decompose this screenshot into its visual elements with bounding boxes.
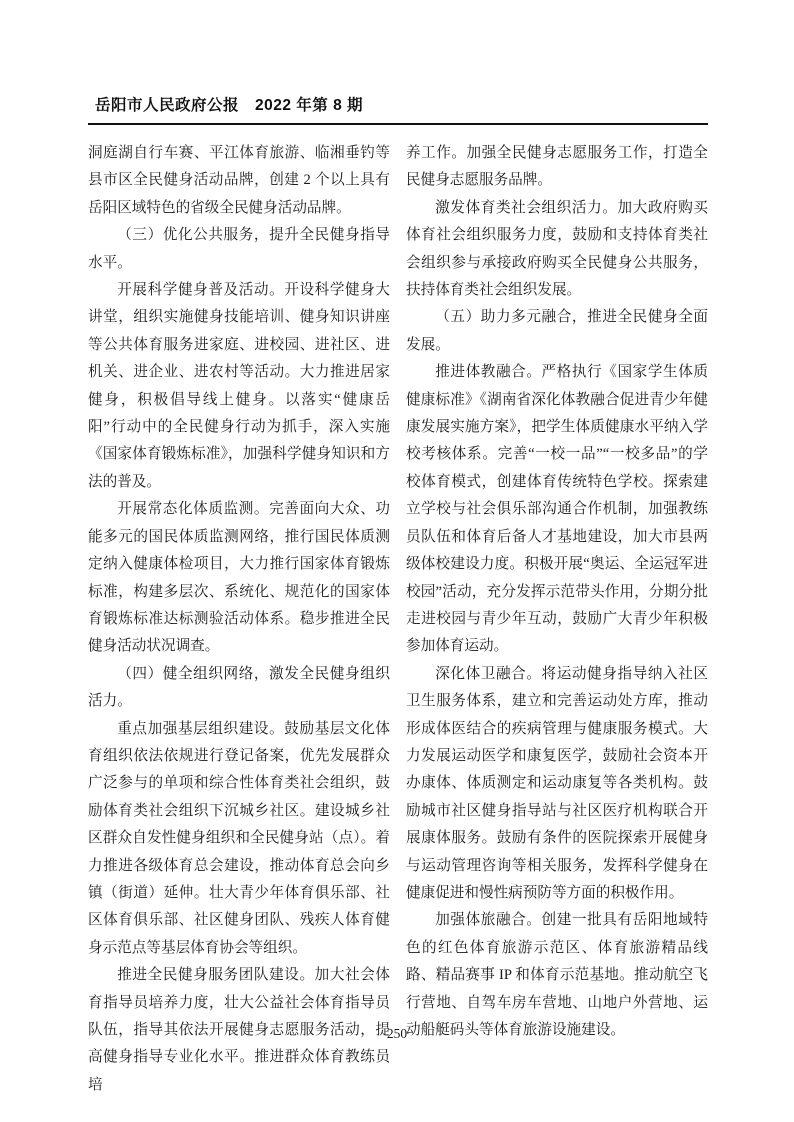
right-column: 养工作。加强全民健身志愿服务工作，打造全民健身志愿服务品牌。激发体育类社会组织活… [406, 140, 708, 1099]
left-column: 洞庭湖自行车赛、平江体育旅游、临湘垂钓等县市区全民健身活动品牌，创建 2 个以上… [88, 140, 390, 1099]
paragraph: 开展科学健身普及活动。开设科学健身大讲堂，组织实施健身技能培训、健身知识讲座等公… [88, 277, 390, 496]
paragraph: 养工作。加强全民健身志愿服务工作，打造全民健身志愿服务品牌。 [406, 140, 708, 195]
paragraph: 激发体育类社会组织活力。加大政府购买体育社会组织服务力度，鼓励和支持体育类社会组… [406, 195, 708, 305]
paragraph: （四）健全组织网络，激发全民健身组织活力。 [88, 661, 390, 716]
gazette-title: 岳阳市人民政府公报 [95, 97, 239, 114]
paragraph: 重点加强基层组织建设。鼓励基层文化体育组织依法依规进行登记备案，优先发展群众广泛… [88, 716, 390, 963]
paragraph: 推进体教融合。严格执行《国家学生体质健康标准》《湖南省深化体教融合促进青少年健康… [406, 359, 708, 660]
paragraph: 开展常态化体质监测。完善面向大众、功能多元的国民体质监测网络，推行国民体质测定纳… [88, 496, 390, 660]
gazette-page: 岳阳市人民政府公报2022 年第 8 期 洞庭湖自行车赛、平江体育旅游、临湘垂钓… [0, 0, 794, 1122]
page-content: 岳阳市人民政府公报2022 年第 8 期 洞庭湖自行车赛、平江体育旅游、临湘垂钓… [88, 96, 708, 1099]
page-number: 250 [0, 1026, 794, 1042]
paragraph: （三）优化公共服务，提升全民健身指导水平。 [88, 222, 390, 277]
article-body: 洞庭湖自行车赛、平江体育旅游、临湘垂钓等县市区全民健身活动品牌，创建 2 个以上… [88, 140, 708, 1099]
paragraph: （五）助力多元融合，推进全民健身全面发展。 [406, 304, 708, 359]
page-header: 岳阳市人民政府公报2022 年第 8 期 [88, 96, 708, 125]
issue-label: 2022 年第 8 期 [255, 97, 363, 114]
paragraph: 加强体旅融合。创建一批具有岳阳地域特色的红色体育旅游示范区、体育旅游精品线路、精… [406, 907, 708, 1044]
paragraph: 洞庭湖自行车赛、平江体育旅游、临湘垂钓等县市区全民健身活动品牌，创建 2 个以上… [88, 140, 390, 222]
paragraph: 深化体卫融合。将运动健身指导纳入社区卫生服务体系，建立和完善运动处方库，推动形成… [406, 661, 708, 908]
